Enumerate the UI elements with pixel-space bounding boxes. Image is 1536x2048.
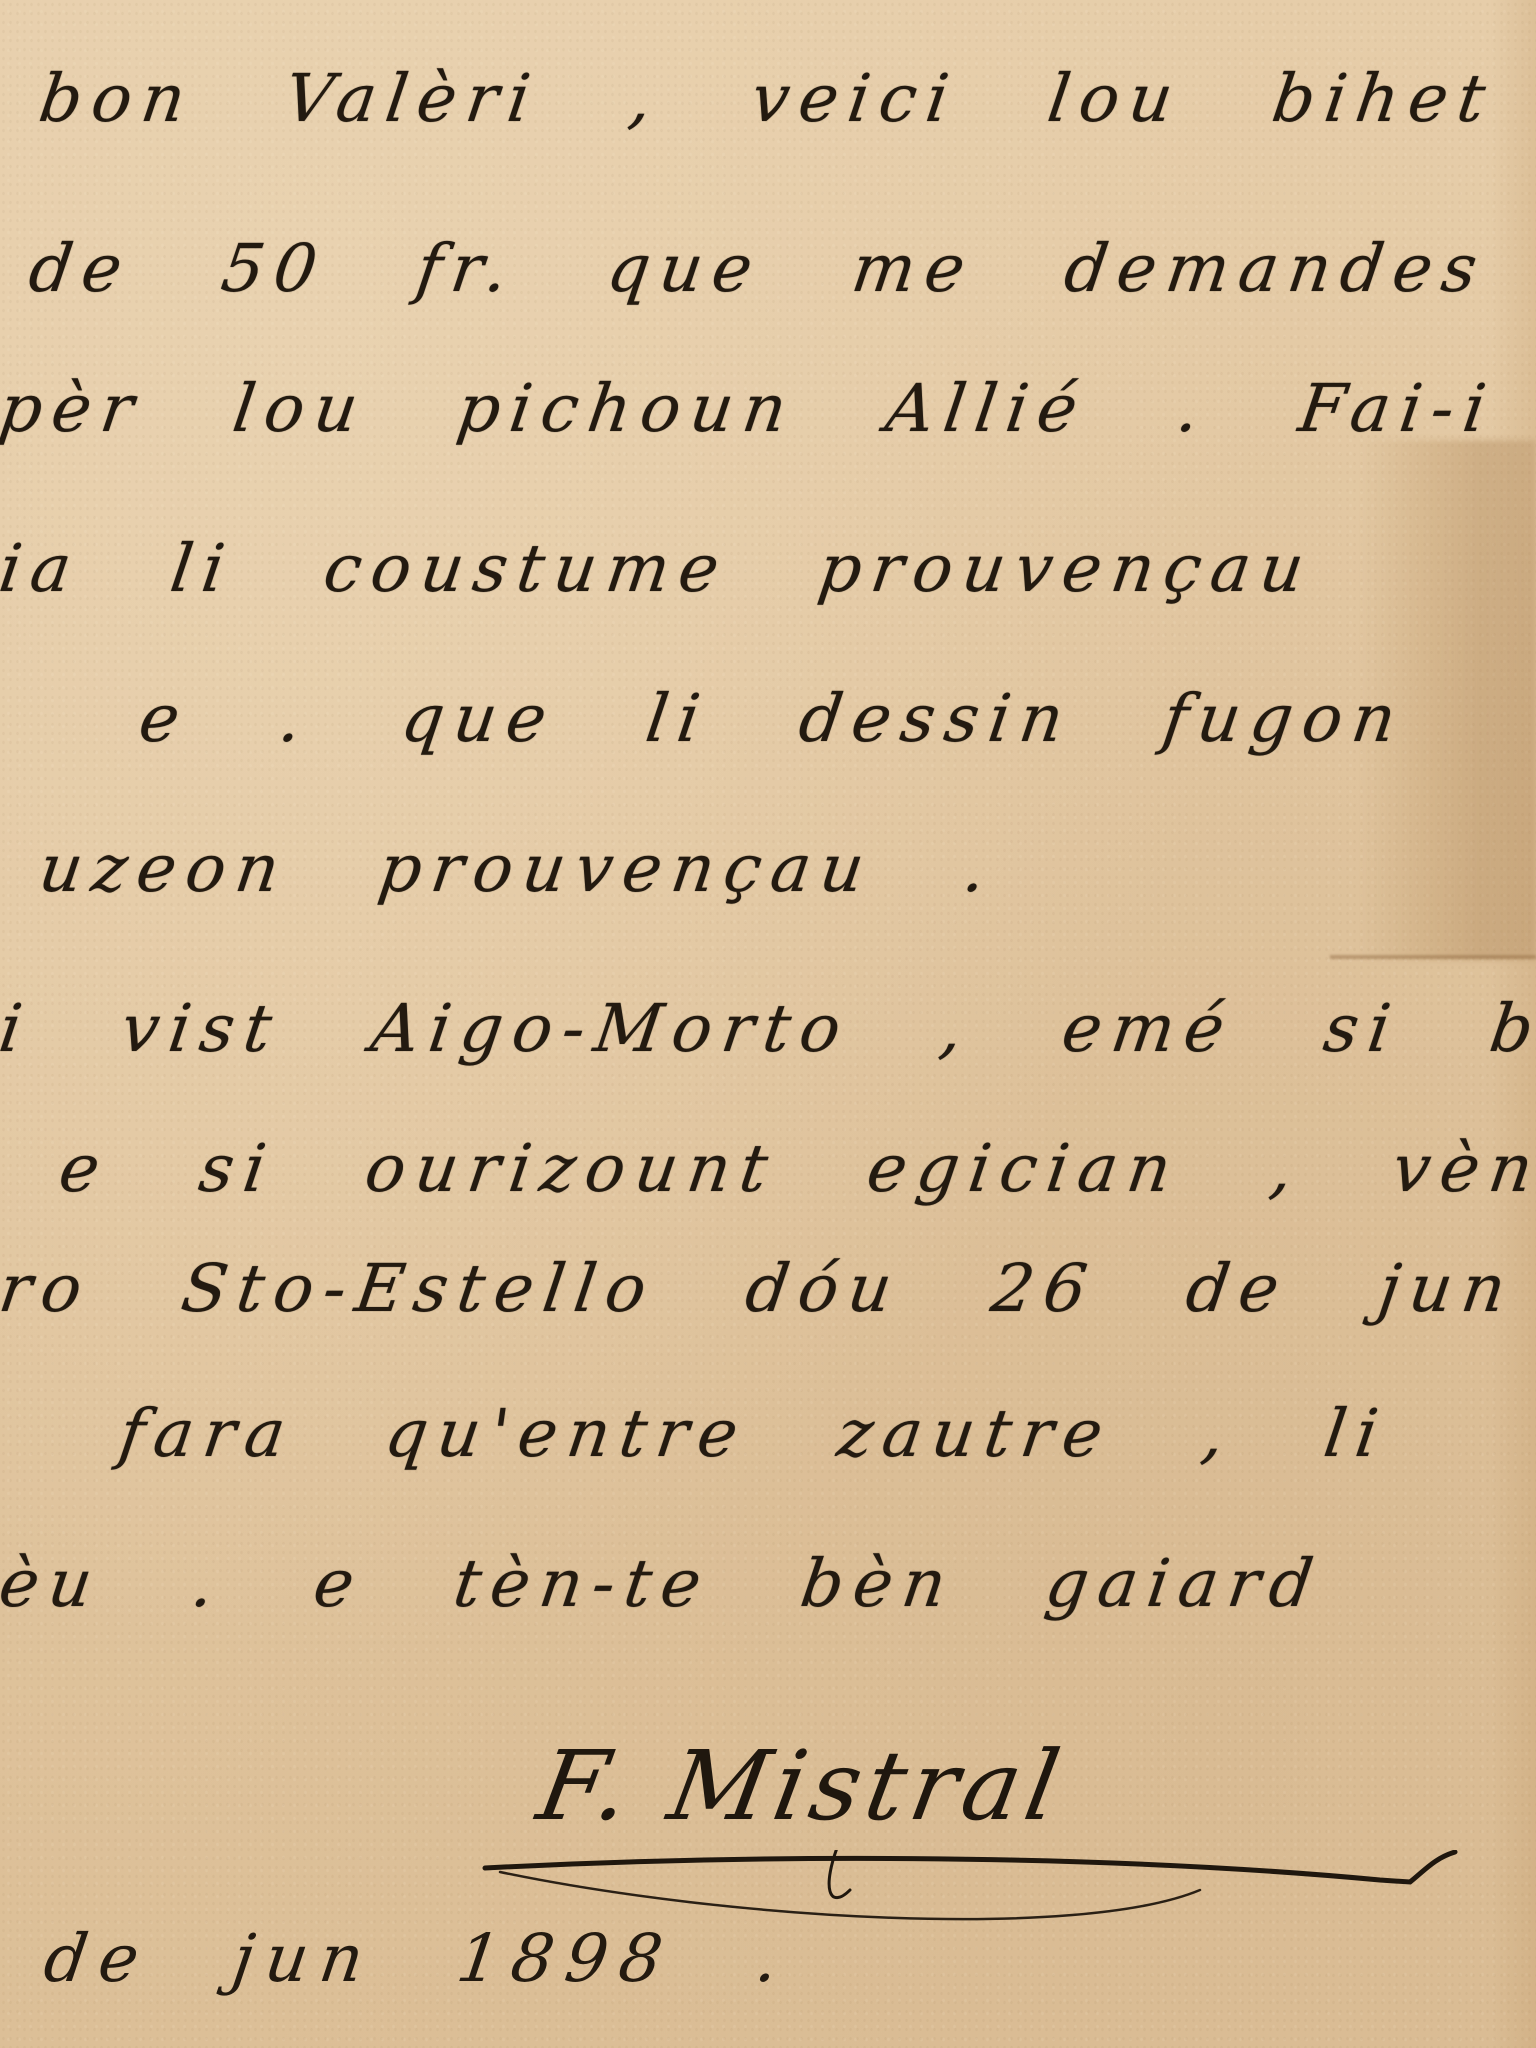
letter-line-1: bon Valèri , veici lou bihet xyxy=(35,60,1500,137)
signature-flourish-icon xyxy=(480,1850,1460,1930)
letter-line-7: i vist Aigo-Morto , emé si bàrri xyxy=(0,990,1536,1067)
letter-line-3: pèr lou pichoun Allié . Fai-i xyxy=(0,370,1500,447)
letter-line-10: fara qu'entre zautre , li xyxy=(115,1395,1393,1472)
letter-line-8: e si ourizount egician , vène xyxy=(55,1130,1536,1207)
signature: F. Mistral xyxy=(530,1730,1073,1842)
handwritten-letter: bon Valèri , veici lou bihet de 50 fr. q… xyxy=(0,0,1536,2048)
letter-date: de jun 1898 . xyxy=(40,1920,795,1997)
letter-line-5: e . que li dessin fugon xyxy=(135,680,1411,757)
letter-line-2: de 50 fr. que me demandes xyxy=(25,230,1492,307)
letter-line-6: uzeon prouvençau . xyxy=(35,830,1001,907)
letter-line-11: èu . e tèn-te bèn gaiard xyxy=(0,1545,1328,1622)
letter-line-9: ro Sto-Estello dóu 26 de jun xyxy=(0,1250,1520,1327)
letter-line-4: ia li coustume prouvençau xyxy=(0,530,1318,607)
